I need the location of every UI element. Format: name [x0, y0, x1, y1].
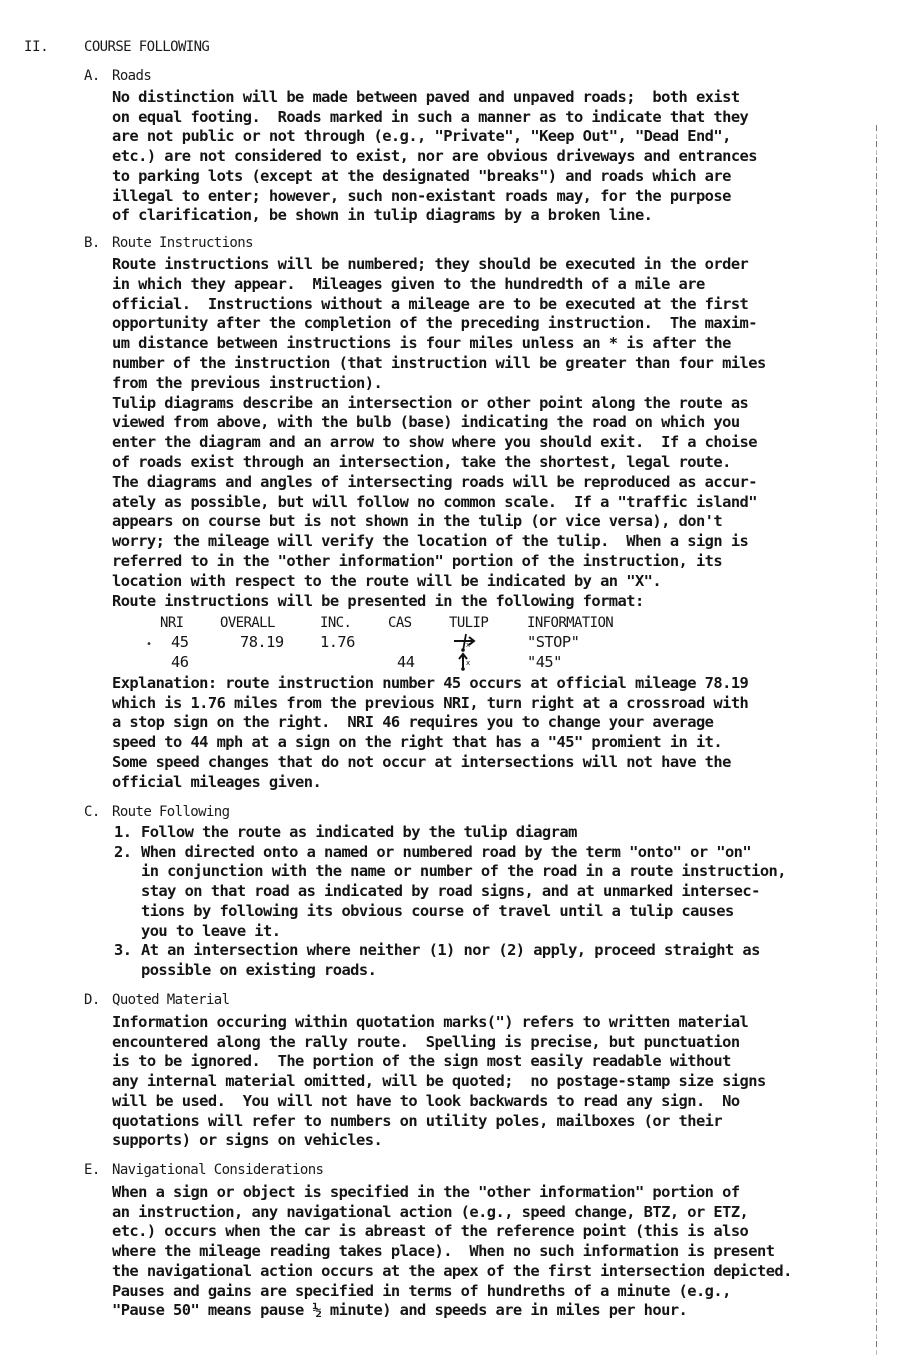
- subsection-b-label: B.: [84, 233, 100, 253]
- subsection-a-label: A.: [84, 66, 100, 86]
- text-line: etc.) are not considered to exist, nor a…: [112, 146, 757, 166]
- text-line: "Pause 50" means pause ½ minute) and spe…: [112, 1300, 687, 1320]
- text-line: encountered along the rally route. Spell…: [112, 1032, 740, 1052]
- text-line: Follow the route as indicated by the tul…: [141, 822, 577, 842]
- text-line: an instruction, any navigational action …: [112, 1202, 748, 1222]
- format-cell-inc: 1.76: [320, 632, 355, 652]
- document-page: II. COURSE FOLLOWING A. Roads No distinc…: [0, 0, 900, 1362]
- text-line: possible on existing roads.: [141, 960, 376, 980]
- text-line: supports) or signs on vehicles.: [112, 1130, 382, 1150]
- text-line: When directed onto a named or numbered r…: [141, 842, 751, 862]
- text-line: to parking lots (except at the designate…: [112, 166, 731, 186]
- subsection-d-label: D.: [84, 990, 100, 1010]
- text-line: stay on that road as indicated by road s…: [141, 881, 760, 901]
- text-line: um distance between instructions is four…: [112, 333, 731, 353]
- format-header-tulip: TULIP: [449, 613, 488, 633]
- format-header-information: INFORMATION: [527, 613, 613, 633]
- text-line: Information occuring within quotation ma…: [112, 1012, 748, 1032]
- text-line: will be used. You will not have to look …: [112, 1091, 740, 1111]
- text-line: Route instructions will be numbered; the…: [112, 254, 748, 274]
- text-line: Route instructions will be presented in …: [112, 591, 644, 611]
- text-line: is to be ignored. The portion of the sig…: [112, 1051, 731, 1071]
- svg-text:x: x: [466, 659, 470, 667]
- list-item-number: 2.: [114, 842, 131, 862]
- text-line: No distinction will be made between pave…: [112, 87, 740, 107]
- text-line: Explanation: route instruction number 45…: [112, 673, 748, 693]
- text-line: which is 1.76 miles from the previous NR…: [112, 693, 748, 713]
- text-line: a stop sign on the right. NRI 46 require…: [112, 712, 713, 732]
- text-line: When a sign or object is specified in th…: [112, 1182, 740, 1202]
- text-line: The diagrams and angles of intersecting …: [112, 472, 757, 492]
- text-line: official. Instructions without a mileage…: [112, 294, 748, 314]
- text-line: in which they appear. Mileages given to …: [112, 274, 705, 294]
- text-line: appears on course but is not shown in th…: [112, 511, 722, 531]
- format-cell-information: "STOP": [527, 632, 579, 652]
- tulip-right-turn-crossroad-icon: x: [451, 632, 477, 652]
- text-line: you to leave it.: [141, 921, 280, 941]
- text-line: of roads exist through an intersection, …: [112, 452, 731, 472]
- subsection-b-title: Route Instructions: [112, 233, 253, 253]
- margin-tick: •: [146, 640, 152, 650]
- text-line: speed to 44 mph at a sign on the right t…: [112, 732, 722, 752]
- subsection-e-title: Navigational Considerations: [112, 1160, 323, 1180]
- format-cell-overall: 78.19: [240, 632, 284, 652]
- text-line: referred to in the "other information" p…: [112, 551, 722, 571]
- text-line: location with respect to the route will …: [112, 571, 661, 591]
- subsection-d-title: Quoted Material: [112, 990, 229, 1010]
- subsection-c-label: C.: [84, 802, 100, 822]
- text-line: tions by following its obvious course of…: [141, 901, 734, 921]
- section-title: COURSE FOLLOWING: [84, 37, 209, 57]
- text-line: Some speed changes that do not occur at …: [112, 752, 731, 772]
- text-line: from the previous instruction).: [112, 373, 382, 393]
- format-cell-information: "45": [527, 652, 562, 672]
- text-line: any internal material omitted, will be q…: [112, 1071, 766, 1091]
- tulip-straight-sign-right-icon: x: [454, 651, 480, 671]
- subsection-a-title: Roads: [112, 66, 151, 86]
- text-line: are not public or not through (e.g., "Pr…: [112, 126, 731, 146]
- text-line: Tulip diagrams describe an intersection …: [112, 393, 748, 413]
- list-item-number: 3.: [114, 940, 131, 960]
- text-line: the navigational action occurs at the ap…: [112, 1261, 792, 1281]
- svg-text:x: x: [466, 641, 470, 649]
- format-header-overall: OVERALL: [220, 613, 275, 633]
- text-line: Pauses and gains are specified in terms …: [112, 1281, 731, 1301]
- text-line: opportunity after the completion of the …: [112, 313, 757, 333]
- section-numeral: II.: [24, 37, 48, 57]
- subsection-c-title: Route Following: [112, 802, 229, 822]
- text-line: of clarification, be shown in tulip diag…: [112, 205, 652, 225]
- format-cell-nri: 45: [171, 632, 188, 652]
- text-line: enter the diagram and an arrow to show w…: [112, 432, 757, 452]
- format-header-cas: CAS: [388, 613, 412, 633]
- text-line: etc.) occurs when the car is abreast of …: [112, 1221, 748, 1241]
- text-line: At an intersection where neither (1) nor…: [141, 940, 760, 960]
- format-header-nri: NRI: [160, 613, 184, 633]
- format-header-inc: INC.: [320, 613, 351, 633]
- text-line: where the mileage reading takes place). …: [112, 1241, 774, 1261]
- text-line: illegal to enter; however, such non-exis…: [112, 186, 731, 206]
- text-line: number of the instruction (that instruct…: [112, 353, 766, 373]
- text-line: worry; the mileage will verify the locat…: [112, 531, 748, 551]
- subsection-e-label: E.: [84, 1160, 100, 1180]
- list-item-number: 1.: [114, 822, 131, 842]
- text-line: quotations will refer to numbers on util…: [112, 1111, 722, 1131]
- format-cell-cas: 44: [397, 652, 414, 672]
- text-line: viewed from above, with the bulb (base) …: [112, 412, 740, 432]
- text-line: ately as possible, but will follow no co…: [112, 492, 757, 512]
- text-line: official mileages given.: [112, 772, 321, 792]
- format-cell-nri: 46: [171, 652, 188, 672]
- margin-rule: [876, 125, 877, 1355]
- text-line: in conjunction with the name or number o…: [141, 861, 786, 881]
- text-line: on equal footing. Roads marked in such a…: [112, 107, 748, 127]
